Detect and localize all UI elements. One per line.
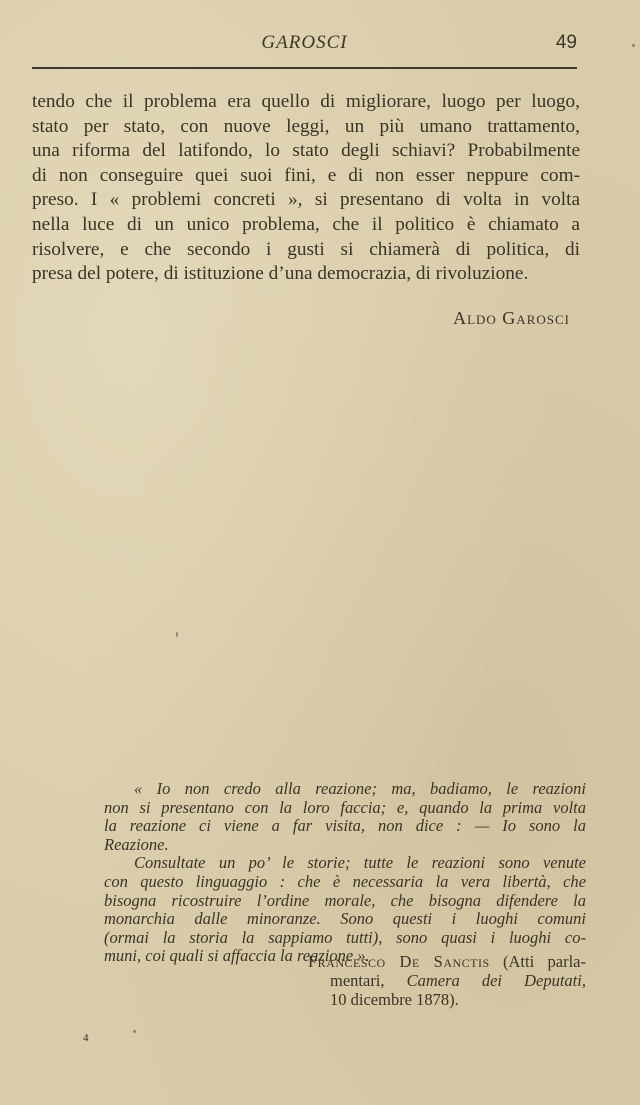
printer-signature-mark: 4 (83, 1032, 89, 1044)
attribution-source: mentari, (330, 971, 407, 990)
quote-line: (ormai la storia la sappiamo tutti), son… (104, 929, 586, 948)
quote-line: non si presentano con la loro faccia; e,… (104, 799, 586, 818)
body-line: nella luce di un unico problema, che il … (32, 213, 580, 238)
body-line: tendo che il problema era quello di migl… (32, 90, 580, 115)
paper-speck (176, 632, 178, 637)
paper-speck (632, 44, 635, 47)
header-rule (32, 67, 577, 69)
attribution-line: mentari, Camera dei Deputati, (308, 971, 586, 990)
quote-line: « Io non credo alla reazione; ma, badiam… (104, 780, 586, 799)
epigraph-quote: « Io non credo alla reazione; ma, badiam… (104, 780, 586, 966)
quote-line: monarchia dalle minoranze. Sono questi i… (104, 910, 586, 929)
attribution-line: Francesco De Sanctis (Atti parla- (308, 952, 586, 971)
author-signature: Aldo Garosci (453, 308, 570, 329)
quote-line: Reazione. (104, 836, 586, 855)
quote-line: Consultate un po’ le storie; tutte le re… (104, 854, 586, 873)
page-number: 49 (556, 32, 577, 54)
body-line: stato per stato, con nuove leggi, un più… (32, 115, 580, 140)
body-paragraph: tendo che il problema era quello di migl… (32, 90, 580, 287)
attribution-author: Francesco De Sanctis (308, 952, 490, 971)
attribution-chamber: Camera dei Deputati, (407, 971, 586, 990)
body-line: risolvere, e che secondo i gusti si chia… (32, 238, 580, 263)
quote-attribution: Francesco De Sanctis (Atti parla- mentar… (308, 952, 586, 1009)
quote-line: con questo linguaggio : che è necessaria… (104, 873, 586, 892)
body-line: preso. I « problemi concreti », si prese… (32, 188, 580, 213)
attribution-source-start: (Atti parla- (490, 952, 586, 971)
body-line: di non conseguire quei suoi fini, e di n… (32, 164, 580, 189)
body-line: presa del potere, di istituzione d’una d… (32, 262, 580, 287)
quote-line: la reazione ci viene a far visita, non d… (104, 817, 586, 836)
running-head: GAROSCI (32, 32, 577, 54)
quote-line: bisogna ricostruire l’ordine morale, che… (104, 892, 586, 911)
body-line: una riforma del latifondo, lo stato degl… (32, 139, 580, 164)
page-header: GAROSCI 49 (32, 30, 577, 70)
attribution-date: 10 dicembre 1878). (308, 990, 586, 1009)
paper-speck (133, 1030, 136, 1033)
